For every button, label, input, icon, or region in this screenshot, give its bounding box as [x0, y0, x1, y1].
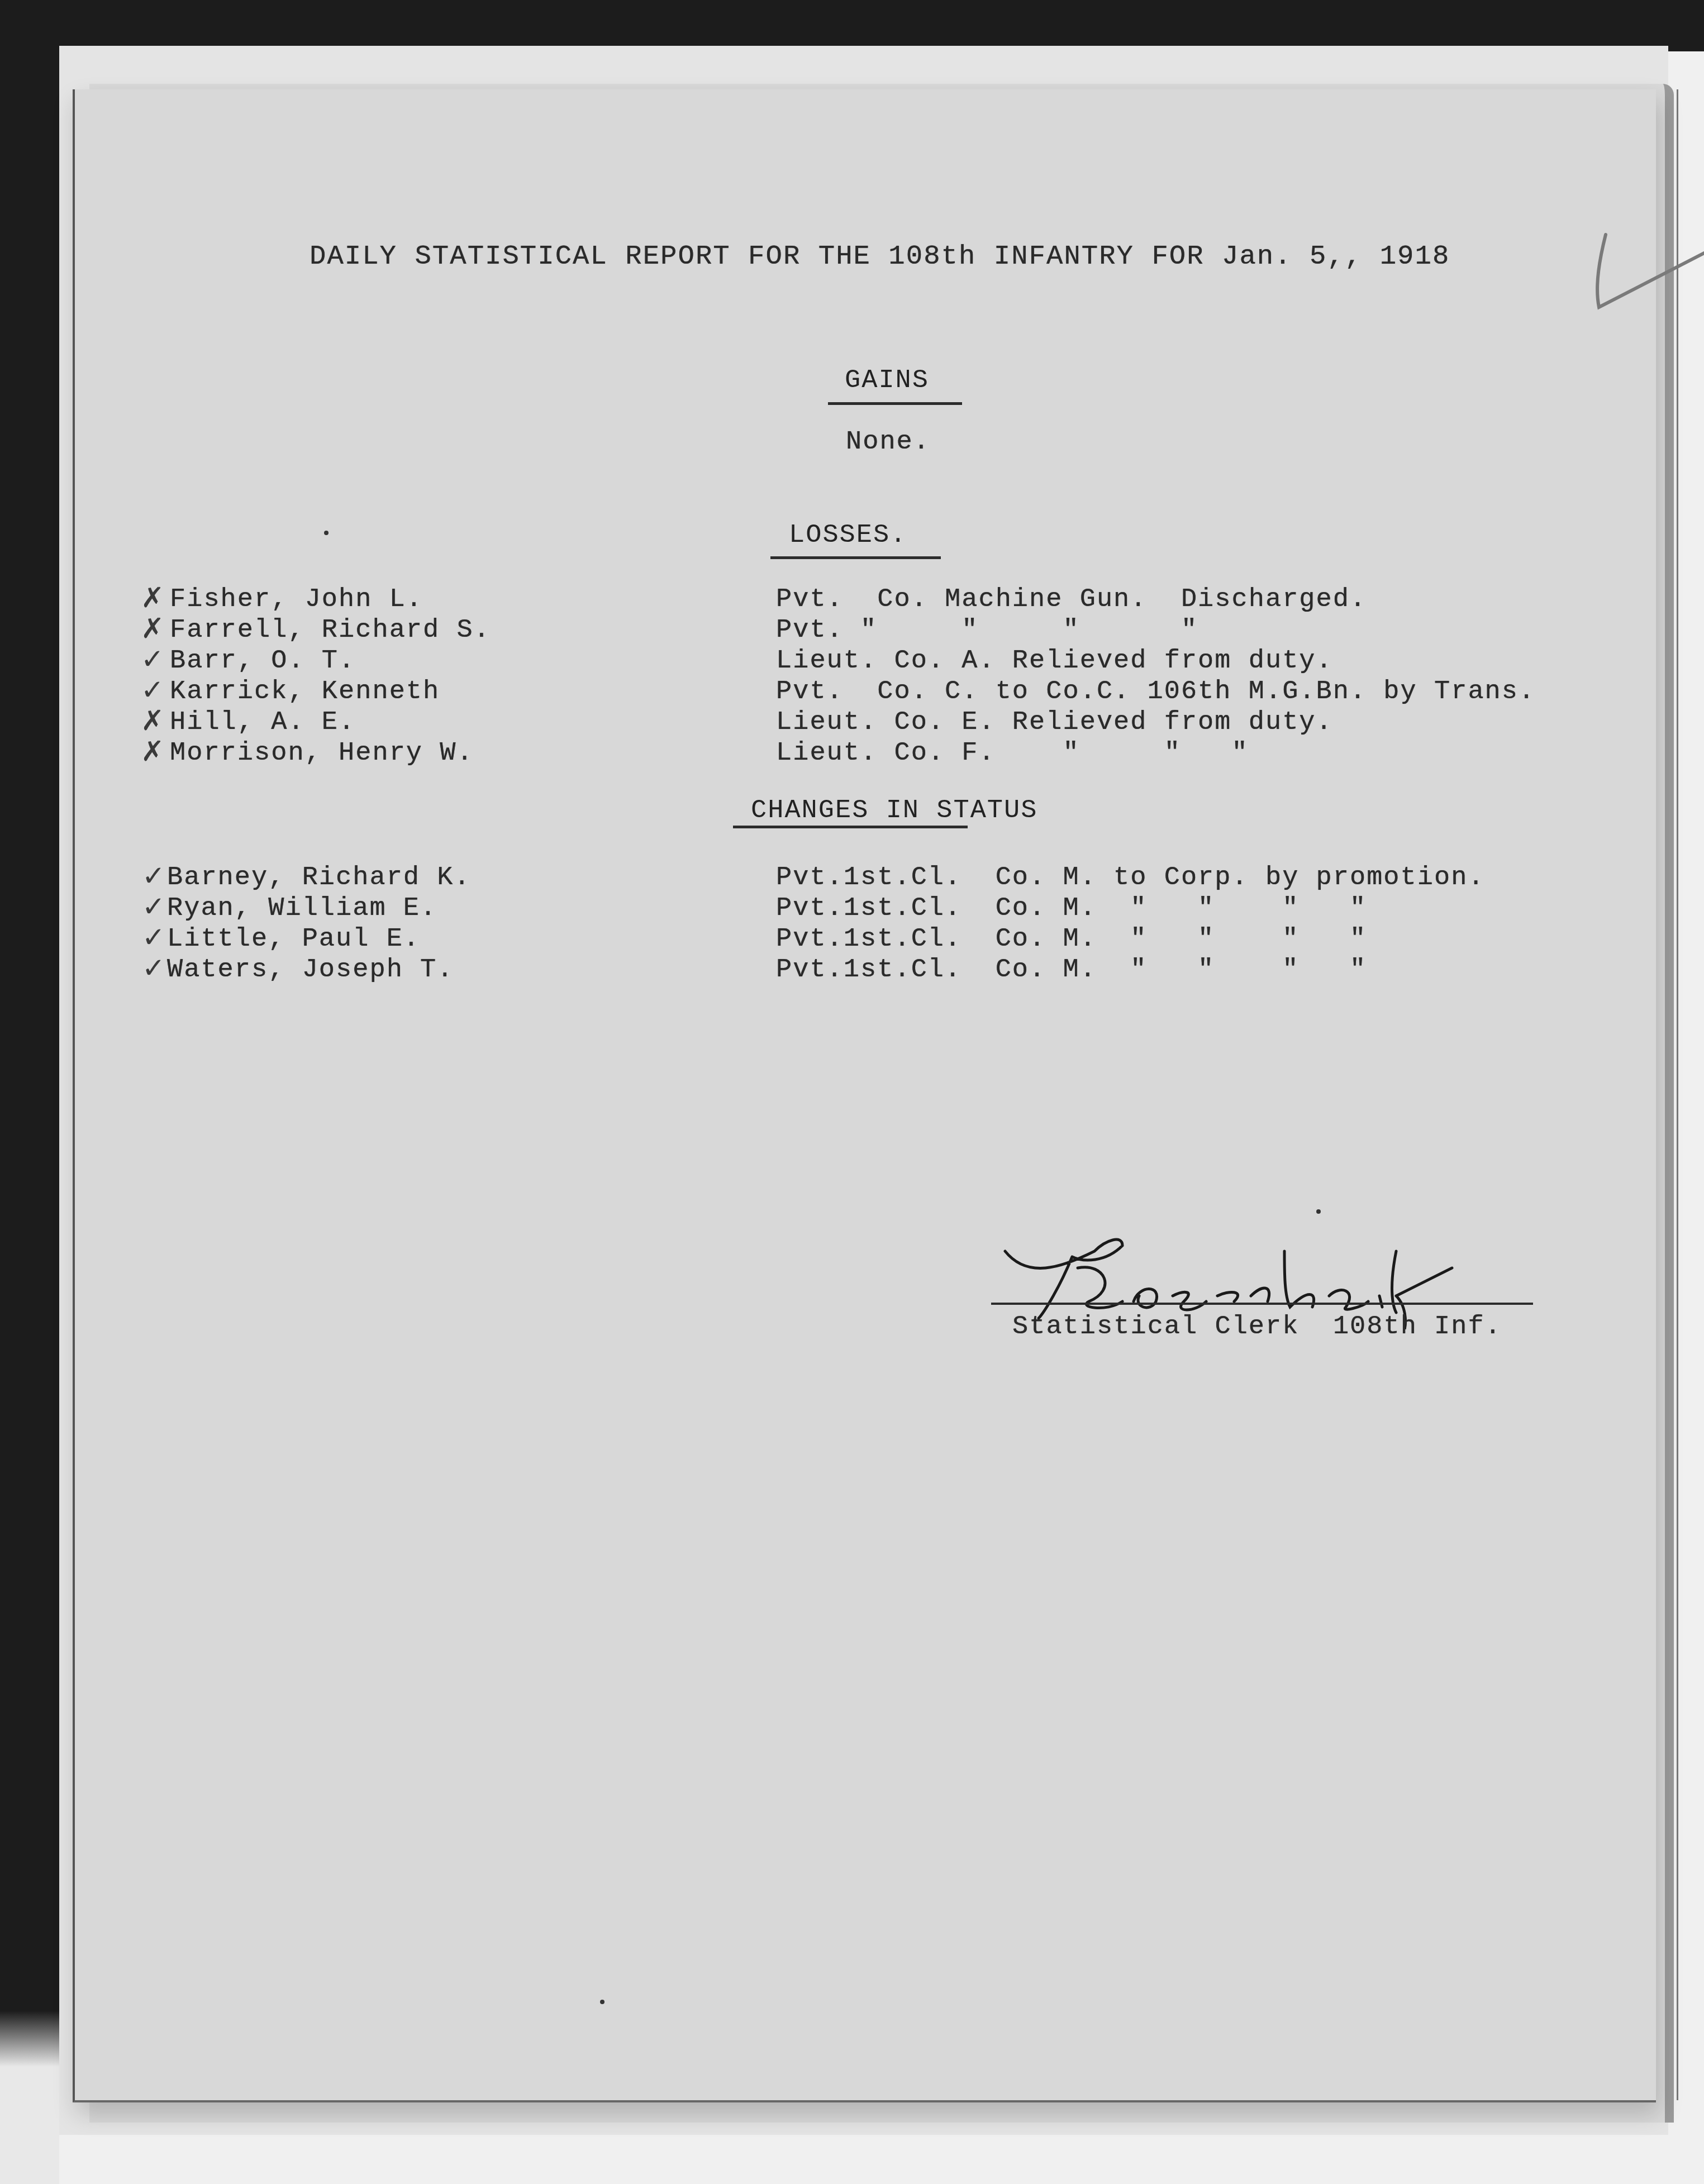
soldier-name: Little, Paul E.	[167, 926, 420, 952]
gains-underline	[828, 402, 962, 405]
cross-check-icon: ✗	[141, 707, 164, 735]
loss-detail: Lieut. Co. E. Relieved from duty.	[776, 709, 1333, 736]
soldier-name: Hill, A. E.	[170, 709, 355, 736]
check-icon: ✓	[142, 862, 165, 890]
scan-background-left	[0, 0, 59, 2184]
check-icon: ✓	[142, 954, 165, 982]
soldier-name: Karrick, Kenneth	[170, 679, 440, 705]
document-sheet: DAILY STATISTICAL REPORT FOR THE 108th I…	[73, 89, 1656, 2102]
check-icon: ✓	[141, 645, 164, 673]
ink-speck	[324, 531, 329, 535]
status-detail: Pvt.1st.Cl. Co. M. " " " "	[776, 957, 1367, 983]
soldier-name: Barney, Richard K.	[167, 865, 471, 891]
signature-caption: Statistical Clerk 108th Inf.	[1012, 1314, 1502, 1340]
gains-value: None.	[846, 429, 930, 455]
document-title: DAILY STATISTICAL REPORT FOR THE 108th I…	[310, 243, 1450, 270]
loss-detail: Pvt. Co. Machine Gun. Discharged.	[776, 586, 1367, 613]
changes-heading: CHANGES IN STATUS	[751, 798, 1037, 824]
loss-detail: Lieut. Co. F. " " "	[776, 740, 1249, 766]
loss-detail: Pvt. " " " "	[776, 617, 1198, 643]
ink-speck	[1316, 1209, 1321, 1214]
soldier-name: Waters, Joseph T.	[167, 957, 454, 983]
soldier-name: Ryan, William E.	[167, 895, 437, 922]
cross-check-icon: ✗	[141, 737, 164, 765]
ink-speck	[600, 2000, 605, 2004]
loss-detail: Pvt. Co. C. to Co.C. 106th M.G.Bn. by Tr…	[776, 679, 1535, 705]
check-icon: ✓	[142, 923, 165, 951]
check-icon: ✓	[142, 893, 165, 921]
pencil-check-icon	[1583, 223, 1704, 318]
losses-underline	[770, 556, 941, 559]
soldier-name: Morrison, Henry W.	[170, 740, 474, 766]
soldier-name: Barr, O. T.	[170, 648, 355, 674]
scan-background-top	[0, 0, 1704, 51]
status-detail: Pvt.1st.Cl. Co. M. " " " "	[776, 895, 1367, 922]
status-detail: Pvt.1st.Cl. Co. M. " " " "	[776, 926, 1367, 952]
cross-check-icon: ✗	[141, 614, 164, 642]
soldier-name: Farrell, Richard S.	[170, 617, 491, 643]
cross-check-icon: ✗	[141, 584, 164, 612]
status-detail: Pvt.1st.Cl. Co. M. to Corp. by promotion…	[776, 865, 1485, 891]
losses-heading: LOSSES.	[789, 522, 907, 549]
signature-line	[991, 1303, 1533, 1305]
changes-underline	[733, 826, 968, 828]
loss-detail: Lieut. Co. A. Relieved from duty.	[776, 648, 1333, 674]
soldier-name: Fisher, John L.	[170, 586, 423, 613]
check-icon: ✓	[141, 676, 164, 704]
gains-heading: GAINS	[845, 368, 929, 394]
